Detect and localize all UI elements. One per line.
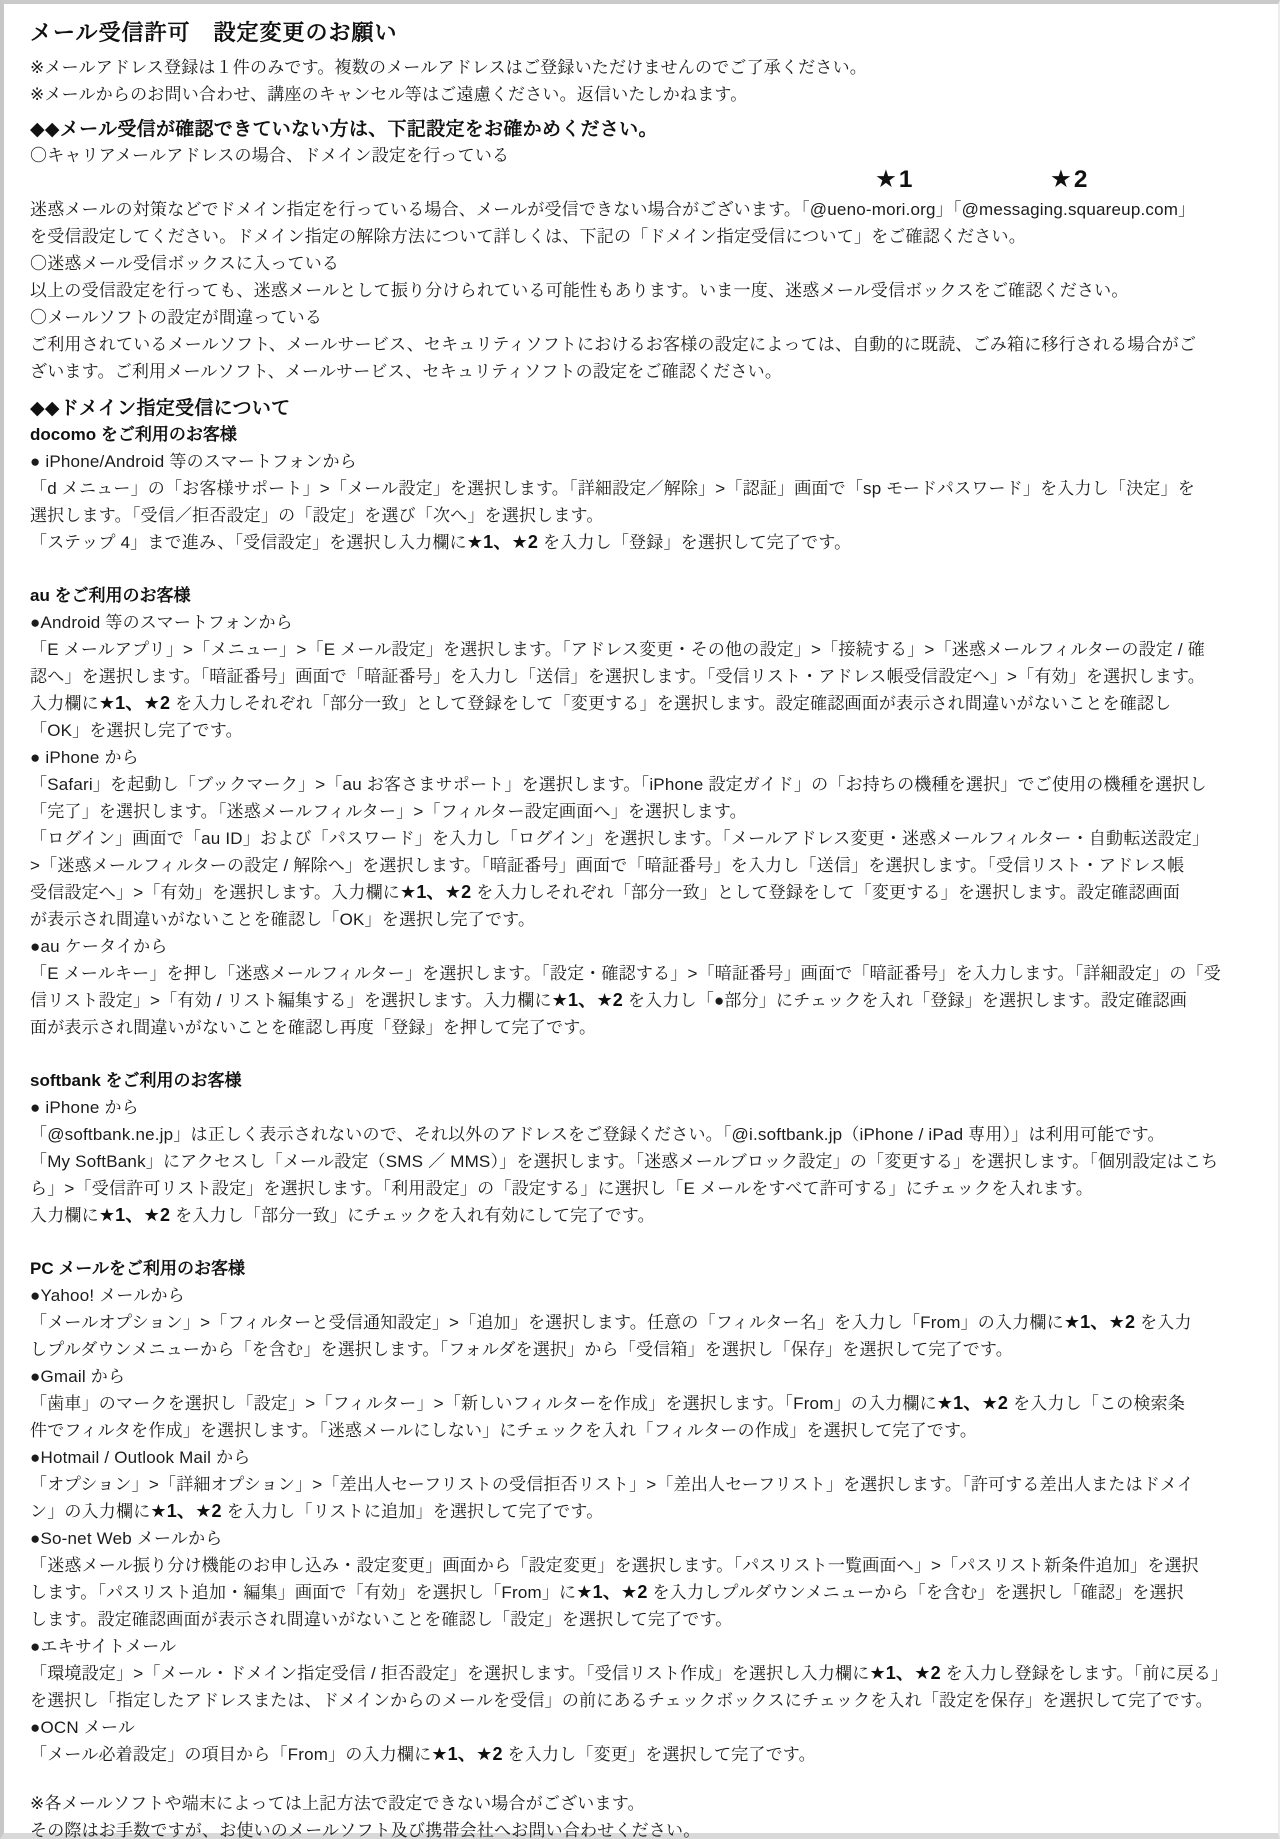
- paragraph-line: 入力欄に★1、★2 を入力し「部分一致」にチェックを入れ有効にして完了です。: [30, 1202, 1260, 1229]
- paragraph-line: 「迷惑メール振り分け機能のお申し込み・設定変更」画面から「設定変更」を選択します…: [30, 1552, 1260, 1579]
- intro-note: ※メールからのお問い合わせ、講座のキャンセル等はご遠慮ください。返信いたしかねま…: [30, 81, 1260, 108]
- section-heading: ◆◆ドメイン指定受信について: [30, 397, 1260, 421]
- paragraph-line: 「完了」を選択します。「迷惑メールフィルター」>「フィルター設定画面へ」を選択し…: [30, 798, 1260, 825]
- paragraph-line: 「d メニュー」の「お客様サポート」>「メール設定」を選択します。「詳細設定／解…: [30, 475, 1260, 502]
- device-label: ● iPhone/Android 等のスマートフォンから: [30, 448, 1260, 475]
- device-label: ●Android 等のスマートフォンから: [30, 609, 1260, 636]
- star1-annotation: ★1: [875, 166, 914, 193]
- carrier-heading-pcmail: PC メールをご利用のお客様: [30, 1255, 1260, 1282]
- paragraph-line: 「歯車」のマークを選択し「設定」>「フィルター」>「新しいフィルターを作成」を選…: [30, 1390, 1260, 1417]
- paragraph-line: 「Safari」を起動し「ブックマーク」>「au お客さまサポート」を選択します…: [30, 771, 1260, 798]
- paragraph-line: 選択します。「受信／拒否設定」の「設定」を選び「次へ」を選択します。: [30, 502, 1260, 529]
- provider-label: ●Gmail から: [30, 1363, 1260, 1390]
- paragraph-line: ご利用されているメールソフト、メールサービス、セキュリティソフトにおけるお客様の…: [30, 331, 1260, 358]
- paragraph-line: 認へ」を選択します。「暗証番号」画面で「暗証番号」を入力し「送信」を選択します。…: [30, 663, 1260, 690]
- page-title: メール受信許可 設定変更のお願い: [30, 18, 1260, 48]
- provider-label: ●Yahoo! メールから: [30, 1282, 1260, 1309]
- device-label: ● iPhone から: [30, 1094, 1260, 1121]
- paragraph-line: を受信設定してください。ドメイン指定の解除方法について詳しくは、下記の「ドメイン…: [30, 223, 1260, 250]
- paragraph-line: ら」>「受信許可リスト設定」を選択します。「利用設定」の「設定する」に選択し「E…: [30, 1175, 1260, 1202]
- paragraph-line: します。「パスリスト追加・編集」画面で「有効」を選択し「From」に★1、★2 …: [30, 1579, 1260, 1606]
- provider-label: ●So-net Web メールから: [30, 1525, 1260, 1552]
- block-au: au をご利用のお客様 ●Android 等のスマートフォンから 「E メールア…: [30, 582, 1260, 1041]
- paragraph-line: 「OK」を選択し完了です。: [30, 717, 1260, 744]
- intro-note: ※メールアドレス登録は１件のみです。複数のメールアドレスはご登録いただけませんの…: [30, 54, 1260, 81]
- paragraph-line: 「My SoftBank」にアクセスし「メール設定（SMS ／ MMS）」を選択…: [30, 1148, 1260, 1175]
- intro-notes: ※メールアドレス登録は１件のみです。複数のメールアドレスはご登録いただけませんの…: [30, 54, 1260, 108]
- paragraph-line: しプルダウンメニューから「を含む」を選択します。「フォルダを選択」から「受信箱」…: [30, 1336, 1260, 1363]
- paragraph-line: 迷惑メールの対策などでドメイン指定を行っている場合、メールが受信できない場合がご…: [30, 196, 1260, 223]
- paragraph-line: 「オプション」>「詳細オプション」>「差出人セーフリストの受信拒否リスト」>「差…: [30, 1471, 1260, 1498]
- provider-label: ●エキサイトメール: [30, 1633, 1260, 1660]
- paragraph-line: 面が表示され間違いがないことを確認し再度「登録」を押して完了です。: [30, 1014, 1260, 1041]
- section-check-settings: ◆◆メール受信が確認できていない方は、下記設定をお確かめください。 〇キャリアメ…: [30, 118, 1260, 385]
- document-page: メール受信許可 設定変更のお願い ※メールアドレス登録は１件のみです。複数のメー…: [0, 0, 1280, 1839]
- paragraph-line: します。設定確認画面が表示され間違いがないことを確認し「設定」を選択して完了です…: [30, 1606, 1260, 1633]
- device-label: ●au ケータイから: [30, 933, 1260, 960]
- paragraph-line: が表示され間違いがないことを確認し「OK」を選択し完了です。: [30, 906, 1260, 933]
- carrier-heading-docomo: docomo をご利用のお客様: [30, 421, 1260, 448]
- paragraph-line: >「迷惑メールフィルターの設定 / 解除へ」を選択します。「暗証番号」画面で「暗…: [30, 852, 1260, 879]
- check-item-title: 〇迷惑メール受信ボックスに入っている: [30, 250, 1260, 277]
- paragraph-line: 「E メールキー」を押し「迷惑メールフィルター」を選択します。「設定・確認する」…: [30, 960, 1260, 987]
- device-label: ● iPhone から: [30, 744, 1260, 771]
- paragraph-line: 入力欄に★1、★2 を入力しそれぞれ「部分一致」として登録をして「変更する」を選…: [30, 690, 1260, 717]
- star2-annotation: ★2: [1050, 166, 1089, 193]
- section-domain-settings: ◆◆ドメイン指定受信について docomo をご利用のお客様 ● iPhone/…: [30, 397, 1260, 1768]
- provider-label: ●OCN メール: [30, 1714, 1260, 1741]
- paragraph-line: を選択し「指定したアドレスまたは、ドメインからのメールを受信」の前にあるチェック…: [30, 1687, 1260, 1714]
- paragraph-line: 「ステップ 4」まで進み、「受信設定」を選択し入力欄に★1、★2 を入力し「登録…: [30, 529, 1260, 556]
- footer-notes: ※各メールソフトや端末によっては上記方法で設定できない場合がございます。 その際…: [30, 1790, 1260, 1839]
- carrier-heading-softbank: softbank をご利用のお客様: [30, 1067, 1260, 1094]
- paragraph-line: 「E メールアプリ」>「メニュー」>「E メール設定」を選択します。「アドレス変…: [30, 636, 1260, 663]
- check-item-title: 〇メールソフトの設定が間違っている: [30, 304, 1260, 331]
- section-heading: ◆◆メール受信が確認できていない方は、下記設定をお確かめください。: [30, 118, 1260, 142]
- check-item-title: 〇キャリアメールアドレスの場合、ドメイン設定を行っている: [30, 142, 1260, 169]
- footer-note: ※各メールソフトや端末によっては上記方法で設定できない場合がございます。: [30, 1790, 1260, 1817]
- paragraph-line: 信リスト設定」>「有効 / リスト編集する」を選択します。入力欄に★1、★2 を…: [30, 987, 1260, 1014]
- footer-note: その際はお手数ですが、お使いのメールソフト及び携帯会社へお問い合わせください。: [30, 1817, 1260, 1839]
- paragraph-line: 「@softbank.ne.jp」は正しく表示されないので、それ以外のアドレスを…: [30, 1121, 1260, 1148]
- block-docomo: docomo をご利用のお客様 ● iPhone/Android 等のスマートフ…: [30, 421, 1260, 556]
- provider-label: ●Hotmail / Outlook Mail から: [30, 1444, 1260, 1471]
- paragraph-line: ン」の入力欄に★1、★2 を入力し「リストに追加」を選択して完了です。: [30, 1498, 1260, 1525]
- block-softbank: softbank をご利用のお客様 ● iPhone から 「@softbank…: [30, 1067, 1260, 1229]
- star-annotation-row: ★1 ★2: [30, 169, 1260, 196]
- paragraph-line: 「環境設定」>「メール・ドメイン指定受信 / 拒否設定」を選択します。「受信リス…: [30, 1660, 1260, 1687]
- paragraph-line: 「ログイン」画面で「au ID」および「パスワード」を入力し「ログイン」を選択し…: [30, 825, 1260, 852]
- paragraph-line: 件でフィルタを作成」を選択します。「迷惑メールにしない」にチェックを入れ「フィル…: [30, 1417, 1260, 1444]
- paragraph-line: 受信設定へ」>「有効」を選択します。入力欄に★1、★2 を入力しそれぞれ「部分一…: [30, 879, 1260, 906]
- carrier-heading-au: au をご利用のお客様: [30, 582, 1260, 609]
- paragraph-line: 以上の受信設定を行っても、迷惑メールとして振り分けられている可能性もあります。い…: [30, 277, 1260, 304]
- block-pcmail: PC メールをご利用のお客様 ●Yahoo! メールから 「メールオプション」>…: [30, 1255, 1260, 1768]
- paragraph-line: 「メール必着設定」の項目から「From」の入力欄に★1、★2 を入力し「変更」を…: [30, 1741, 1260, 1768]
- paragraph-line: ざいます。ご利用メールソフト、メールサービス、セキュリティソフトの設定をご確認く…: [30, 358, 1260, 385]
- paragraph-line: 「メールオプション」>「フィルターと受信通知設定」>「追加」を選択します。任意の…: [30, 1309, 1260, 1336]
